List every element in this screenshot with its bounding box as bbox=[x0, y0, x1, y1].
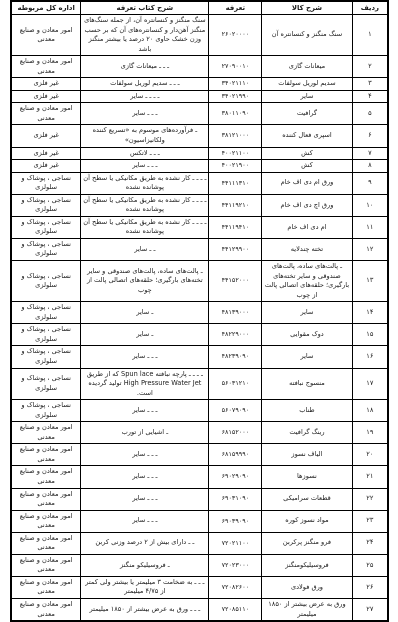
row-number-cell: ۴ bbox=[352, 90, 388, 103]
department-cell: امور معادن و صنایع معدنی bbox=[11, 422, 81, 444]
table-row: ۵گرافیت۳۸۰۱۱۰۹۰ـ ـ ـ سایرامور معادن و صن… bbox=[11, 103, 388, 125]
goods-description-cell: کش bbox=[262, 160, 352, 173]
row-number-cell: ۵ bbox=[352, 103, 388, 125]
goods-description-cell: ورق اچ دی اف خام bbox=[262, 194, 352, 216]
table-row: ۱۹رینگ گرافیت۶۸۱۵۲۰۰۰ـ اشیایی از توربامو… bbox=[11, 422, 388, 444]
table-row: ۱۶سایر۴۸۲۳۹۰۹۰ـ ـ ـ سایرنساجی ، پوشاک و … bbox=[11, 346, 388, 368]
tariff-code-cell: ۴۴۱۱۹۲۱۰ bbox=[209, 194, 262, 216]
goods-description-cell: سایر bbox=[262, 346, 352, 368]
goods-description-cell: سنگ منگنز و کنسانتره آن bbox=[262, 15, 352, 56]
department-cell: نساجی ، پوشاک و سلولزی bbox=[11, 368, 81, 400]
department-cell: غیر فلزی bbox=[11, 78, 81, 91]
goods-description-cell: سایر bbox=[262, 302, 352, 324]
tariff-code-cell: ۴۴۱۱۹۴۱۰ bbox=[209, 216, 262, 238]
table-row: ۹ورق ام دی اف خام۴۴۱۱۱۳۱۰ـ ـ ـ ـ کار نشد… bbox=[11, 172, 388, 194]
tariff-code-cell: ۶۸۱۵۲۰۰۰ bbox=[209, 422, 262, 444]
row-number-cell: ۱۵ bbox=[352, 324, 388, 346]
goods-description-cell: سدیم لوریل سولفات bbox=[262, 78, 352, 91]
col-header-tariff-book-description: شرح کتاب تعرفه bbox=[81, 1, 209, 15]
department-cell: غیر فلزی bbox=[11, 147, 81, 160]
table-row: ۷کش۴۰۰۲۱۱۰۰ـ ـ ـ لاتکسغیر فلزی bbox=[11, 147, 388, 160]
table-row: ۴سایر۳۴۰۲۱۹۹۰ـ ـ ـ ـ سایرغیر فلزی bbox=[11, 90, 388, 103]
tariff-book-description-cell: ـ ـ ـ ـ کار نشده به طریق مکانیکی یا سطح … bbox=[81, 172, 209, 194]
tariff-code-cell: ۴۰۰۲۱۱۰۰ bbox=[209, 147, 262, 160]
table-row: ۱۸طناب۵۶۰۷۹۰۹۰ـ ـ ـ سایرنساجی ، پوشاک و … bbox=[11, 400, 388, 422]
department-cell: غیر فلزی bbox=[11, 90, 81, 103]
tariff-book-description-cell: ـ ـ ـ سدیم لوریل سولفات bbox=[81, 78, 209, 91]
row-number-cell: ۱۸ bbox=[352, 400, 388, 422]
col-header-tariff-code: تعرفه bbox=[209, 1, 262, 15]
tariff-book-description-cell: ـ سایر bbox=[81, 302, 209, 324]
department-cell: امور معادن و صنایع معدنی bbox=[11, 444, 81, 458]
row-number-cell: ۱۳ bbox=[352, 261, 388, 302]
tariff-code-cell: ۵۶۰۳۱۲۱۰ bbox=[209, 368, 262, 400]
tariff-book-description-cell: ـ ـ ـ میعانات گازی bbox=[81, 56, 209, 78]
table-row: ۱۵دوک مقوایی۴۸۲۲۹۰۰۰ـ سایرنساجی ، پوشاک … bbox=[11, 324, 388, 346]
department-cell: نساجی ، پوشاک و سلولزی bbox=[11, 302, 81, 324]
tariff-book-description-cell: ـ ـ ـ ـ پارچه نبافته Spun lace که از طری… bbox=[81, 368, 209, 400]
tariff-book-description-cell: ـ ـ ـ سایر bbox=[81, 400, 209, 422]
table-row: ۱۱ام دی اف خام۴۴۱۱۹۴۱۰ـ ـ ـ ـ کار نشده ب… bbox=[11, 216, 388, 238]
table-row: ۲۰الیاف نسوز۶۸۱۵۹۹۹۰ـ ـ ـ سایرامور معادن… bbox=[11, 444, 388, 458]
tariff-code-cell: ۵۶۰۷۹۰۹۰ bbox=[209, 400, 262, 422]
table-row: ۱۰ورق اچ دی اف خام۴۴۱۱۹۲۱۰ـ ـ ـ ـ کار نش… bbox=[11, 194, 388, 216]
table-row: ۶اسپری فعال کننده۳۸۱۲۱۰۰۰ـ فرآورده‌های م… bbox=[11, 125, 388, 147]
col-header-row-number: ردیف bbox=[352, 1, 388, 15]
table-row: ۸کش۴۰۰۲۱۹۰۰ـ ـ ـ سایرغیر فلزی bbox=[11, 160, 388, 173]
goods-description-cell: ام دی اف خام bbox=[262, 216, 352, 238]
row-number-cell: ۱ bbox=[352, 15, 388, 56]
row-number-cell: ۲۰ bbox=[352, 444, 388, 458]
tariff-code-cell: ۴۸۲۲۹۰۰۰ bbox=[209, 324, 262, 346]
goods-description-cell: گرافیت bbox=[262, 103, 352, 125]
tariff-book-description-cell: ـ ـ ـ لاتکس bbox=[81, 147, 209, 160]
table-row: ۳سدیم لوریل سولفات۳۴۰۲۱۱۱۰ـ ـ ـ سدیم لور… bbox=[11, 78, 388, 91]
tariff-code-cell: ۴۸۱۳۹۰۰۰ bbox=[209, 302, 262, 324]
tariff-table: ردیف شرح کالا تعرفه شرح کتاب تعرفه اداره… bbox=[10, 0, 389, 458]
row-number-cell: ۲ bbox=[352, 56, 388, 78]
tariff-code-cell: ۴۸۲۳۹۰۹۰ bbox=[209, 346, 262, 368]
department-cell: نساجی ، پوشاک و سلولزی bbox=[11, 194, 81, 216]
department-cell: نساجی ، پوشاک و سلولزی bbox=[11, 172, 81, 194]
tariff-code-cell: ۲۶۰۲۰۰۰۰ bbox=[209, 15, 262, 56]
tariff-book-description-cell: ـ ـ ـ سایر bbox=[81, 346, 209, 368]
goods-description-cell: اسپری فعال کننده bbox=[262, 125, 352, 147]
goods-description-cell: الیاف نسوز bbox=[262, 444, 352, 458]
row-number-cell: ۷ bbox=[352, 147, 388, 160]
tariff-book-description-cell: ـ ـ ـ ـ کار نشده به طریق مکانیکی یا سطح … bbox=[81, 194, 209, 216]
department-cell: نساجی ، پوشاک و سلولزی bbox=[11, 324, 81, 346]
tariff-code-cell: ۴۴۱۱۱۳۱۰ bbox=[209, 172, 262, 194]
row-number-cell: ۳ bbox=[352, 78, 388, 91]
department-cell: نساجی ، پوشاک و سلولزی bbox=[11, 238, 81, 260]
tariff-code-cell: ۳۸۰۱۱۰۹۰ bbox=[209, 103, 262, 125]
goods-description-cell: میعانات گازی bbox=[262, 56, 352, 78]
table-row: ۱۳ـ پالت‌های ساده، پالت‌های صندوقی و سای… bbox=[11, 261, 388, 302]
tariff-code-cell: ۳۴۰۲۱۹۹۰ bbox=[209, 90, 262, 103]
tariff-book-description-cell: ـ پالت‌های ساده، پالت‌های صندوقی و سایر … bbox=[81, 261, 209, 302]
goods-description-cell: کش bbox=[262, 147, 352, 160]
table-row: ۲میعانات گازی۲۷۰۹۰۰۱۰ـ ـ ـ میعانات گازیا… bbox=[11, 56, 388, 78]
col-header-department: اداره کل مربوطه bbox=[11, 1, 81, 15]
tariff-table-body: ۱سنگ منگنز و کنسانتره آن۲۶۰۲۰۰۰۰سنگ منگن… bbox=[11, 15, 388, 459]
col-header-goods-description: شرح کالا bbox=[262, 1, 352, 15]
row-number-cell: ۹ bbox=[352, 172, 388, 194]
tariff-book-description-cell: ـ ـ ـ سایر bbox=[81, 444, 209, 458]
goods-description-cell: ـ پالت‌های ساده، پالت‌های صندوقی و سایر … bbox=[262, 261, 352, 302]
row-number-cell: ۱۷ bbox=[352, 368, 388, 400]
goods-description-cell: منسوج نبافته bbox=[262, 368, 352, 400]
table-row: ۱۷منسوج نبافته۵۶۰۳۱۲۱۰ـ ـ ـ ـ پارچه نباف… bbox=[11, 368, 388, 400]
table-row: ۱سنگ منگنز و کنسانتره آن۲۶۰۲۰۰۰۰سنگ منگن… bbox=[11, 15, 388, 56]
department-cell: نساجی ، پوشاک و سلولزی bbox=[11, 216, 81, 238]
department-cell: نساجی ، پوشاک و سلولزی bbox=[11, 261, 81, 302]
tariff-book-description-cell: ـ سایر bbox=[81, 324, 209, 346]
department-cell: امور معادن و صنایع معدنی bbox=[11, 103, 81, 125]
goods-description-cell: تخته چندلایه bbox=[262, 238, 352, 260]
tariff-book-description-cell: ـ ـ ـ سایر bbox=[81, 103, 209, 125]
tariff-code-cell: ۶۸۱۵۹۹۹۰ bbox=[209, 444, 262, 458]
row-number-cell: ۱۰ bbox=[352, 194, 388, 216]
tariff-code-cell: ۲۷۰۹۰۰۱۰ bbox=[209, 56, 262, 78]
tariff-book-description-cell: ـ ـ سایر bbox=[81, 238, 209, 260]
tariff-book-description-cell: ـ ـ ـ ـ کار نشده به طریق مکانیکی یا سطح … bbox=[81, 216, 209, 238]
department-cell: امور معادن و صنایع معدنی bbox=[11, 15, 81, 56]
department-cell: نساجی ، پوشاک و سلولزی bbox=[11, 400, 81, 422]
tariff-book-description-cell: ـ ـ ـ سایر bbox=[81, 160, 209, 173]
goods-description-cell: سایر bbox=[262, 90, 352, 103]
goods-description-cell: دوک مقوایی bbox=[262, 324, 352, 346]
table-header-row: ردیف شرح کالا تعرفه شرح کتاب تعرفه اداره… bbox=[11, 1, 388, 15]
tariff-code-cell: ۴۰۰۲۱۹۰۰ bbox=[209, 160, 262, 173]
row-number-cell: ۱۹ bbox=[352, 422, 388, 444]
tariff-code-cell: ۴۴۱۵۲۰۰۰ bbox=[209, 261, 262, 302]
department-cell: غیر فلزی bbox=[11, 160, 81, 173]
tariff-book-description-cell: ـ فرآورده‌های موسوم به «تسریع کننده ولکا… bbox=[81, 125, 209, 147]
tariff-code-cell: ۴۴۱۲۹۹۰۰ bbox=[209, 238, 262, 260]
tariff-book-description-cell: ـ ـ ـ ـ سایر bbox=[81, 90, 209, 103]
row-number-cell: ۶ bbox=[352, 125, 388, 147]
row-number-cell: ۸ bbox=[352, 160, 388, 173]
tariff-document-page: ردیف شرح کالا تعرفه شرح کتاب تعرفه اداره… bbox=[10, 0, 389, 458]
row-number-cell: ۱۴ bbox=[352, 302, 388, 324]
goods-description-cell: طناب bbox=[262, 400, 352, 422]
table-row: ۱۲تخته چندلایه۴۴۱۲۹۹۰۰ـ ـ سایرنساجی ، پو… bbox=[11, 238, 388, 260]
row-number-cell: ۱۲ bbox=[352, 238, 388, 260]
table-row: ۱۴سایر۴۸۱۳۹۰۰۰ـ سایرنساجی ، پوشاک و سلول… bbox=[11, 302, 388, 324]
goods-description-cell: رینگ گرافیت bbox=[262, 422, 352, 444]
row-number-cell: ۱۱ bbox=[352, 216, 388, 238]
tariff-book-description-cell: ـ اشیایی از تورب bbox=[81, 422, 209, 444]
tariff-book-description-cell: سنگ منگنز و کنسانتره آن، از جمله سنگ‌های… bbox=[81, 15, 209, 56]
goods-description-cell: ورق ام دی اف خام bbox=[262, 172, 352, 194]
row-number-cell: ۱۶ bbox=[352, 346, 388, 368]
tariff-code-cell: ۳۸۱۲۱۰۰۰ bbox=[209, 125, 262, 147]
department-cell: نساجی ، پوشاک و سلولزی bbox=[11, 346, 81, 368]
department-cell: غیر فلزی bbox=[11, 125, 81, 147]
tariff-code-cell: ۳۴۰۲۱۱۱۰ bbox=[209, 78, 262, 91]
department-cell: امور معادن و صنایع معدنی bbox=[11, 56, 81, 78]
